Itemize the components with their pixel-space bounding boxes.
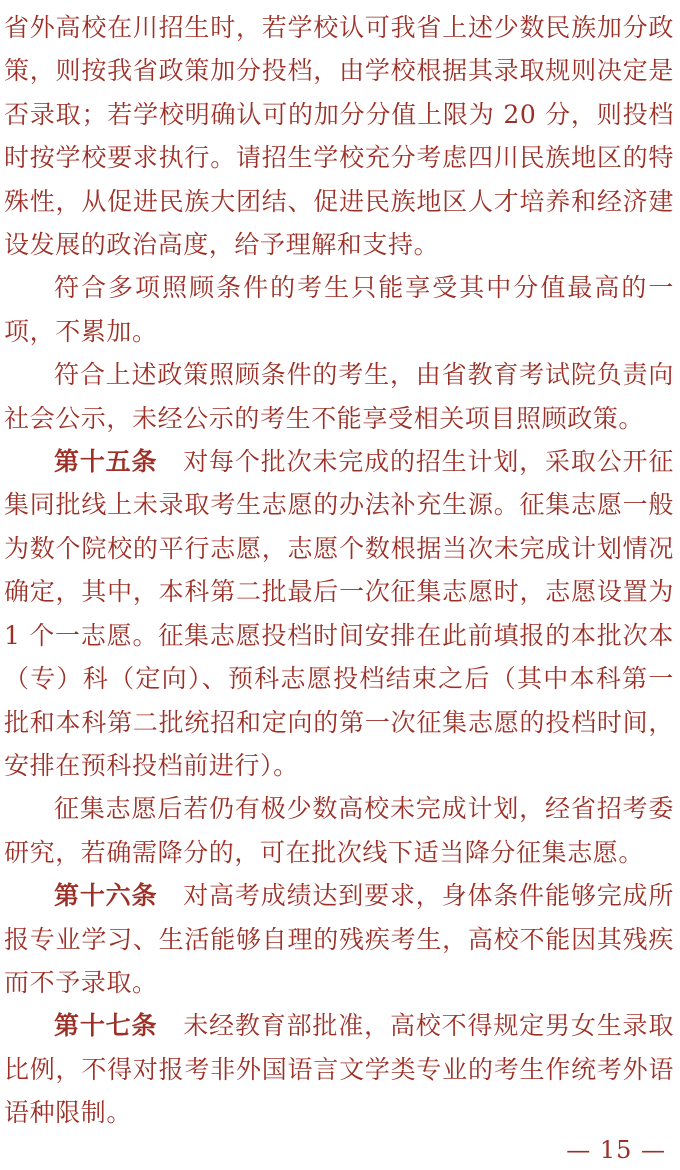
paragraph-text: 符合多项照顾条件的考生只能享受其中分值最高的一项，不累加。 (4, 273, 674, 345)
document-page: 省外高校在川招生时，若学校认可我省上述少数民族加分政策，则按我省政策加分投档，由… (0, 0, 680, 1170)
page-number: — 15 — (566, 1136, 666, 1164)
paragraph: 征集志愿后若仍有极少数高校未完成计划，经省招考委研究，若确需降分的，可在批次线下… (4, 787, 674, 874)
article-15-heading: 第十五条 (54, 447, 183, 476)
paragraph: 第十七条 未经教育部批准，高校不得规定男女生录取比例，不得对报考非外国语言文学类… (4, 1004, 674, 1134)
paragraph-text: 符合上述政策照顾条件的考生，由省教育考试院负责向社会公示，未经公示的考生不能享受… (4, 360, 674, 432)
paragraph-text: 对每个批次未完成的招生计划，采取公开征集同批线上未录取考生志愿的办法补充生源。征… (4, 447, 674, 780)
article-17-heading: 第十七条 (54, 1011, 183, 1040)
article-16-heading: 第十六条 (54, 881, 183, 910)
paragraph: 符合多项照顾条件的考生只能享受其中分值最高的一项，不累加。 (4, 266, 674, 353)
paragraph-text: 征集志愿后若仍有极少数高校未完成计划，经省招考委研究，若确需降分的，可在批次线下… (4, 794, 674, 866)
paragraph: 第十六条 对高考成绩达到要求，身体条件能够完成所报专业学习、生活能够自理的残疾考… (4, 874, 674, 1004)
paragraph: 符合上述政策照顾条件的考生，由省教育考试院负责向社会公示，未经公示的考生不能享受… (4, 353, 674, 440)
paragraph: 第十五条 对每个批次未完成的招生计划，采取公开征集同批线上未录取考生志愿的办法补… (4, 440, 674, 787)
paragraph: 省外高校在川招生时，若学校认可我省上述少数民族加分政策，则按我省政策加分投档，由… (4, 6, 674, 266)
paragraph-text: 省外高校在川招生时，若学校认可我省上述少数民族加分政策，则按我省政策加分投档，由… (4, 13, 674, 259)
